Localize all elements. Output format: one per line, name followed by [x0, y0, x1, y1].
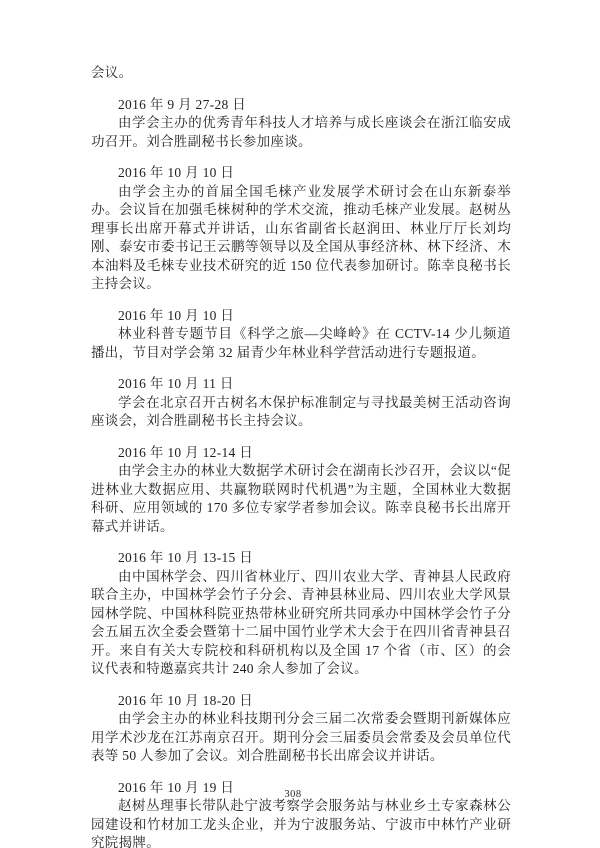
event-date: 2016 年 10 月 18-20 日 [91, 692, 511, 711]
event-date: 2016 年 10 月 10 日 [91, 164, 511, 183]
event-entry: 2016 年 10 月 18-20 日 由学会主办的林业科技期刊分会三届二次常委… [91, 692, 511, 766]
event-entry: 2016 年 10 月 10 日 由学会主办的首届全国毛梾产业发展学术研讨会在山… [91, 164, 511, 294]
event-entry: 2016 年 10 月 13-15 日 由中国林学会、四川省林业厅、四川农业大学… [91, 549, 511, 679]
event-date: 2016 年 10 月 12-14 日 [91, 444, 511, 463]
event-description: 由学会主办的优秀青年科技人才培养与成长座谈会在浙江临安成功召开。刘合胜副秘书长参… [91, 114, 511, 151]
text-column: 会议。 2016 年 9 月 27-28 日 由学会主办的优秀青年科技人才培养与… [91, 64, 511, 848]
event-description: 学会在北京召开古树名木保护标准制定与寻找最美树王活动咨询座谈会，刘合胜副秘书长主… [91, 394, 511, 431]
event-description: 由学会主办的林业大数据学术研讨会在湖南长沙召开，会议以“促进林业大数据应用、共赢… [91, 462, 511, 536]
event-description: 赵树丛理事长带队赴宁波考察学会服务站与林业乡土专家森林公园建设和竹材加工龙头企业… [91, 797, 511, 848]
event-description: 由学会主办的首届全国毛梾产业发展学术研讨会在山东新泰举办。会议旨在加强毛梾树种的… [91, 183, 511, 294]
document-page: 会议。 2016 年 9 月 27-28 日 由学会主办的优秀青年科技人才培养与… [0, 0, 600, 848]
event-description: 林业科普专题节目《科学之旅—尖峰岭》在 CCTV-14 少儿频道播出，节目对学会… [91, 325, 511, 362]
event-description: 由学会主办的林业科技期刊分会三届二次常委会暨期刊新媒体应用学术沙龙在江苏南京召开… [91, 710, 511, 766]
event-date: 2016 年 10 月 13-15 日 [91, 549, 511, 568]
continuation-text: 会议。 [91, 64, 511, 83]
event-entry: 2016 年 10 月 10 日 林业科普专题节目《科学之旅—尖峰岭》在 CCT… [91, 307, 511, 363]
event-entry: 2016 年 9 月 27-28 日 由学会主办的优秀青年科技人才培养与成长座谈… [91, 96, 511, 152]
event-date: 2016 年 10 月 11 日 [91, 375, 511, 394]
page-number: 308 [0, 789, 586, 800]
event-entry: 2016 年 10 月 12-14 日 由学会主办的林业大数据学术研讨会在湖南长… [91, 444, 511, 537]
event-date: 2016 年 10 月 10 日 [91, 307, 511, 326]
event-entry: 2016 年 10 月 11 日 学会在北京召开古树名木保护标准制定与寻找最美树… [91, 375, 511, 431]
event-description: 由中国林学会、四川省林业厅、四川农业大学、青神县人民政府联合主办，中国林学会竹子… [91, 568, 511, 679]
event-date: 2016 年 9 月 27-28 日 [91, 96, 511, 115]
